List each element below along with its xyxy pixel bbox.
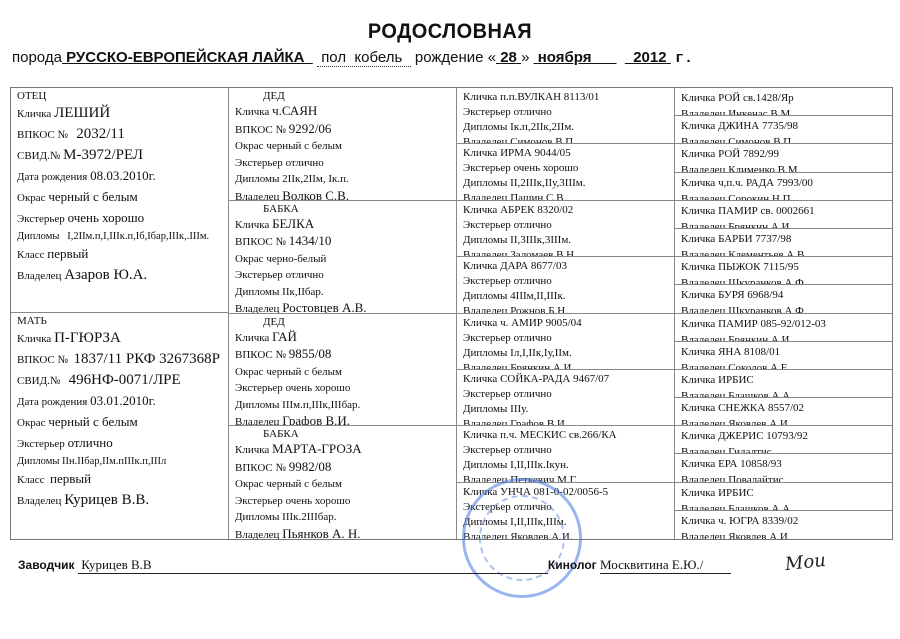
parents-column: ОТЕЦ Кличка ЛЕШИЙ ВПКОС № 2032/11 СВИД.№…: [11, 88, 229, 539]
field-label: Экстерьер: [463, 501, 511, 513]
field-label: Владелец: [681, 193, 725, 201]
field-label: Владелец: [235, 303, 279, 313]
great-great-grandparent-cell: Кличка РОЙ св.1428/ЯрВладелец Инкенас В.…: [675, 88, 893, 116]
field-line: Владелец Брянкин А.И.: [463, 361, 668, 370]
field-line: Дипломы Iк.п,2IIк,2IIм.: [463, 120, 668, 135]
field-label: Кличка: [463, 429, 497, 441]
owner: Симонов В.П.: [728, 136, 794, 144]
pedigree-header-line: порода РУССКО-ЕВРОПЕЙСКАЯ ЛАЙКА пол кобе…: [12, 49, 892, 67]
field-line: Владелец Заломаев В.Н.: [463, 248, 668, 257]
field-line: Экстерьер очень хорошо: [463, 161, 668, 176]
field-line: Дипломы 4IIIм,II,IIIк.: [463, 289, 668, 304]
great-great-grandparent-cell: Кличка ДЖЕРИС 10793/92Владелец Гидалтис: [675, 426, 893, 454]
quote-open: «: [488, 49, 496, 66]
great-grandparent-cell: Кличка УНЧА 081-0-02/0056-5Экстерьер отл…: [457, 483, 674, 539]
field-label: Окрас: [235, 366, 264, 378]
class-value: первый: [50, 471, 91, 486]
field-label: Владелец: [681, 277, 725, 285]
field-line: Владелец Симонов В.П.: [681, 134, 887, 144]
field-label: Кличка: [463, 147, 497, 159]
vpkos-number: 9292/06: [289, 121, 332, 136]
dog-name: РОЙ св.1428/Яр: [718, 92, 794, 104]
field-label: Владелец: [681, 305, 725, 313]
role-label: МАТЬ: [17, 315, 222, 328]
coat-color: черный с белым: [266, 366, 342, 378]
field-line: ВПКОС № 9855/08: [235, 346, 450, 364]
class-value: первый: [47, 246, 88, 261]
exterior-grade: отлично: [286, 157, 324, 169]
field-label: Экстерьер: [463, 388, 511, 400]
field-line: Владелец Инкенас В.М.: [681, 106, 887, 116]
owner: Симонов В.П.: [510, 136, 576, 144]
field-label: Кличка: [463, 317, 497, 329]
dog-name: ПАМИР св. 0002661: [718, 205, 815, 217]
owner: Волков С.В.: [282, 188, 349, 201]
exterior-grade: отлично: [514, 219, 552, 231]
field-line: Экстерьер отлично: [235, 155, 450, 172]
field-label: Дипломы: [235, 511, 279, 523]
breeder-field: Курицев В.В: [78, 557, 548, 574]
field-label: Дипломы: [463, 459, 507, 471]
exterior-grade: очень хорошо: [286, 382, 351, 394]
field-label: Кличка: [681, 289, 715, 301]
field-label: Экстерьер: [235, 269, 283, 281]
diplomas: IIн.IIбар,IIм.пIIIк.п,IIIл: [62, 456, 166, 467]
grandparent-cell: БАБКАКличка БЕЛКАВПКОС № 1434/10Окрас че…: [229, 201, 456, 314]
field-line: Владелец Шкуранков А.Ф.: [681, 303, 887, 313]
field-line: Кличка БУРЯ 6968/94: [681, 287, 887, 303]
great-great-grandparent-cell: Кличка ПАМИР 085-92/012-03Владелец Брянк…: [675, 314, 893, 342]
diplomas: II,2IIIк,IIу,3IIIм.: [510, 177, 585, 189]
cynologist-name: Москвитина Е.Ю./: [600, 557, 703, 572]
role-label: ОТЕЦ: [17, 90, 222, 103]
owner: Заломаев В.Н.: [510, 249, 577, 257]
role-label: БАБКА: [235, 203, 450, 216]
field-line: Кличка УНЧА 081-0-02/0056-5: [463, 485, 668, 500]
diplomas: Iл,I,IIк,Iу,IIм.: [510, 347, 572, 359]
field-line: Кличка АБРЕК 8320/02: [463, 203, 668, 218]
field-label: Владелец: [681, 221, 725, 229]
vpkos-number: 2032/11: [76, 126, 125, 142]
pedigree-table: ОТЕЦ Кличка ЛЕШИЙ ВПКОС № 2032/11 СВИД.№…: [10, 87, 893, 540]
vpkos-number: 1434/10: [289, 233, 332, 248]
dog-name: ч.САЯН: [272, 103, 317, 118]
diplomas: IIIм.п,IIIк,IIIбар.: [282, 399, 360, 411]
field-line: Кличка ИРБИС: [681, 372, 887, 388]
field-label: Владелец: [681, 446, 725, 454]
field-line: Кличка ч,п.ч. РАДА 7993/00: [681, 175, 887, 191]
coat-color: черный с белым: [48, 189, 137, 204]
owner: Клименко В.М.: [728, 164, 800, 172]
field-line: Владелец Симонов В.П.: [463, 135, 668, 144]
field-line: Дипломы IIIк.2IIIбар.: [235, 509, 450, 526]
great-great-grandparent-cell: Кличка ЯНА 8108/01Владелец Соколов А.Е.: [675, 342, 893, 370]
field-label: Экстерьер: [463, 444, 511, 456]
great-great-grandparent-cell: Кличка БУРЯ 6968/94Владелец Шкуранков А.…: [675, 285, 893, 313]
great-great-grandparent-cell: Кличка ИРБИСВладелец Блашков А.А.: [675, 370, 893, 398]
field-line: Экстерьер отлично: [463, 443, 668, 458]
dog-name: ДЖЕРИС 10793/92: [718, 430, 808, 442]
dog-name: БАРБИ 7737/98: [718, 233, 791, 245]
great-grandparent-cell: Кличка п.п.ВУЛКАН 8113/01Экстерьер отлич…: [457, 88, 674, 144]
owner: Шкуранков А.Ф.: [728, 277, 806, 285]
field-line: Кличка ПАМИР св. 0002661: [681, 203, 887, 219]
field-line: Владелец Графов В.И.: [463, 417, 668, 426]
birth-date: 03.01.2010г.: [90, 393, 156, 408]
exterior-grade: очень хорошо: [286, 495, 351, 507]
dog-name: п.ч. МЕСКИС св.266/КА: [500, 429, 617, 441]
svid-number: М-3972/РЕЛ: [63, 147, 143, 163]
exterior-grade: отлично: [514, 332, 552, 344]
field-label: Кличка: [463, 260, 497, 272]
parent-cell-dam: МАТЬ Кличка П-ГЮРЗА ВПКОС № 1837/11 РКФ …: [11, 313, 228, 539]
great-grandparent-cell: Кличка ДАРА 8677/03Экстерьер отличноДипл…: [457, 257, 674, 313]
field-label: Кличка: [463, 486, 497, 498]
diplomas: 2IIк,2IIм, Iк.п.: [282, 173, 349, 185]
exterior-grade: отлично: [514, 388, 552, 400]
dog-name: ЯНА 8108/01: [718, 346, 780, 358]
field-label: Владелец: [681, 474, 725, 482]
field-label: Экстерьер: [463, 162, 511, 174]
field-line: Экстерьер очень хорошо: [235, 380, 450, 397]
diplomas: II,3IIIк,3IIIм.: [510, 234, 571, 246]
field-line: Кличка МАРТА-ГРОЗА: [235, 441, 450, 459]
exterior-grade: отлично: [514, 275, 552, 287]
field-label: Окрас: [235, 140, 264, 152]
field-line: Окрас черный с белым: [235, 476, 450, 493]
coat-color: черный с белым: [266, 478, 342, 490]
field-line: Кличка СОЙКА-РАДА 9467/07: [463, 372, 668, 387]
exterior-grade: отлично: [68, 435, 113, 450]
field-label: Владелец: [235, 191, 279, 201]
field-label: Владелец: [463, 249, 507, 257]
field-line: Владелец Рожнов Б.Н.: [463, 304, 668, 313]
field-line: Кличка РОЙ св.1428/Яр: [681, 90, 887, 106]
field-line: Окрас черный с белым: [235, 364, 450, 381]
diplomas: IIIк.2IIIбар.: [282, 511, 336, 523]
field-line: Владелец Брянкин А.И.: [681, 332, 887, 342]
owner: Гидалтис: [728, 446, 771, 454]
field-label: Владелец: [681, 108, 725, 116]
field-line: Кличка ИРБИС: [681, 485, 887, 501]
field-line: Экстерьер очень хорошо: [235, 493, 450, 510]
field-line: Кличка п.п.ВУЛКАН 8113/01: [463, 90, 668, 105]
field-line: Окрас черно-белый: [235, 251, 450, 268]
owner: Курицев В.В.: [64, 492, 149, 508]
field-line: Владелец Клементьев А.В.: [681, 247, 887, 257]
owner: Повалайтис: [728, 474, 783, 482]
field-label: ВПКОС №: [235, 462, 286, 474]
diplomas: I,II,IIIк.Iкун.: [510, 459, 569, 471]
field-label: Экстерьер: [463, 332, 511, 344]
dog-name: ч. ЮГРА 8339/02: [718, 515, 798, 527]
owner: Азаров Ю.А.: [64, 267, 147, 283]
exterior-grade: отлично: [514, 106, 552, 118]
dog-name: ПЫЖОК 7115/95: [718, 261, 799, 273]
owner: Клементьев А.В.: [728, 249, 807, 257]
birth-month: ноября: [534, 49, 617, 66]
field-label: Владелец: [681, 531, 725, 539]
field-line: ВПКОС № 9982/08: [235, 459, 450, 477]
dog-name: БЕЛКА: [272, 216, 314, 231]
owner: Графов В.И.: [282, 413, 350, 426]
field-line: Владелец Ростовцев А.В.: [235, 300, 450, 313]
field-label: Дипломы: [463, 347, 507, 359]
field-label: Окрас: [235, 478, 264, 490]
field-label: Дипломы: [463, 290, 507, 302]
dog-name: УНЧА 081-0-02/0056-5: [500, 486, 608, 498]
great-grandparent-cell: Кличка АБРЕК 8320/02Экстерьер отличноДип…: [457, 201, 674, 257]
owner: Пьянков А. Н.: [282, 526, 360, 539]
field-label: Владелец: [681, 249, 725, 257]
sex-field: пол кобель: [317, 49, 411, 67]
field-label: ВПКОС №: [235, 349, 286, 361]
dog-name: СОЙКА-РАДА 9467/07: [500, 373, 609, 385]
field-label: Экстерьер: [463, 106, 511, 118]
exterior-grade: очень хорошо: [68, 210, 145, 225]
field-line: Дипломы IIIм.п,IIIк,IIIбар.: [235, 397, 450, 414]
field-label: Экстерьер: [463, 219, 511, 231]
owner: Шкуранков А.Ф.: [728, 305, 806, 313]
great-great-grandparent-cell: Кличка БАРБИ 7737/98Владелец Клементьев …: [675, 229, 893, 257]
field-line: Дипломы IIIу.: [463, 402, 668, 417]
field-line: Дипломы I,II,IIIк.Iкун.: [463, 458, 668, 473]
owner: Сорокин Н.П.: [728, 193, 793, 201]
diplomas: IIIу.: [510, 403, 528, 415]
diplomas: I,2IIм.п,I,IIIк.п,Iб,Iбар,IIIк,.IIIм.: [67, 231, 209, 242]
owner: Яковлев А.И.: [510, 531, 572, 539]
field-line: ВПКОС № 9292/06: [235, 121, 450, 139]
field-line: ВПКОС № 1434/10: [235, 233, 450, 251]
field-line: Кличка ЯНА 8108/01: [681, 344, 887, 360]
great-grandparent-cell: Кличка п.ч. МЕСКИС св.266/КАЭкстерьер от…: [457, 426, 674, 482]
owner: Соколов А.Е.: [728, 362, 790, 370]
field-line: Кличка ЕРА 10858/93: [681, 456, 887, 472]
field-line: Кличка ПЫЖОК 7115/95: [681, 259, 887, 275]
field-label: Владелец: [463, 136, 507, 144]
field-label: Кличка: [463, 91, 497, 103]
field-label: Владелец: [681, 390, 725, 398]
dog-name: ЕРА 10858/93: [718, 458, 782, 470]
field-label: Кличка: [681, 402, 715, 414]
vpkos-number: 9855/08: [289, 346, 332, 361]
field-label: Кличка: [463, 204, 497, 216]
great-great-grandparent-cell: Кличка ЕРА 10858/93Владелец Повалайтис: [675, 454, 893, 482]
dog-name: ЛЕШИЙ: [54, 105, 110, 121]
field-label: Владелец: [463, 192, 507, 200]
field-line: Кличка ч. ЮГРА 8339/02: [681, 513, 887, 529]
field-line: Дипломы 2IIк,2IIм, Iк.п.: [235, 171, 450, 188]
role-label: ДЕД: [235, 90, 450, 103]
field-line: Владелец Пьянков А. Н.: [235, 526, 450, 539]
field-label: Экстерьер: [235, 382, 283, 394]
great-grandparent-cell: Кличка СОЙКА-РАДА 9467/07Экстерьер отлич…: [457, 370, 674, 426]
dog-name: ИРБИС: [718, 487, 754, 499]
field-line: Дипломы IIк,IIбар.: [235, 284, 450, 301]
field-line: Дипломы Iл,I,IIк,Iу,IIм.: [463, 346, 668, 361]
field-line: Владелец Клименко В.М.: [681, 162, 887, 172]
field-line: Владелец Блашков А.А.: [681, 388, 887, 398]
field-label: ВПКОС №: [235, 236, 286, 248]
owner: Блашков А.А.: [728, 503, 793, 511]
field-line: Владелец Яковлев А.И.: [463, 530, 668, 539]
field-line: Окрас черный с белым: [235, 138, 450, 155]
field-label: Владелец: [463, 418, 507, 426]
owner: Брянкин А.И.: [728, 334, 792, 342]
field-label: ВПКОС №: [235, 124, 286, 136]
field-label: Дипломы: [463, 177, 507, 189]
field-label: Дипломы: [235, 173, 279, 185]
field-label: Владелец: [463, 305, 507, 313]
great-great-grandparent-cell: Кличка ПЫЖОК 7115/95Владелец Шкуранков А…: [675, 257, 893, 285]
sex-label: пол: [321, 49, 346, 66]
birth-year: 2012: [625, 49, 671, 66]
field-line: Владелец Сорокин Н.П.: [681, 191, 887, 201]
field-line: Экстерьер отлично: [235, 267, 450, 284]
field-line: Владелец Петкевич М.Г.: [463, 473, 668, 482]
dog-name: ПАМИР 085-92/012-03: [718, 318, 826, 330]
field-label: Экстерьер: [235, 157, 283, 169]
field-line: Кличка ДАРА 8677/03: [463, 259, 668, 274]
field-line: Кличка ч. АМИР 9005/04: [463, 316, 668, 331]
field-label: Кличка: [681, 346, 715, 358]
dog-name: РОЙ 7892/99: [718, 148, 779, 160]
great-great-grandparent-cell: Кличка ч. ЮГРА 8339/02Владелец Яковлев А…: [675, 511, 893, 539]
field-label: Кличка: [681, 205, 715, 217]
field-label: Экстерьер: [235, 495, 283, 507]
great-grandparents-column: Кличка п.п.ВУЛКАН 8113/01Экстерьер отлич…: [457, 88, 675, 539]
dog-name: БУРЯ 6968/94: [718, 289, 783, 301]
owner: Рожнов Б.Н.: [510, 305, 568, 313]
field-label: Кличка: [681, 318, 715, 330]
field-line: Кличка ДЖЕРИС 10793/92: [681, 428, 887, 444]
breeder-label: Заводчик: [18, 558, 75, 572]
diplomas: 4IIIм,II,IIIк.: [510, 290, 565, 302]
field-line: Кличка ч.САЯН: [235, 103, 450, 121]
dog-name: ГАЙ: [272, 329, 297, 344]
field-line: Владелец Волков С.В.: [235, 188, 450, 201]
field-label: Дипломы: [463, 403, 507, 415]
field-label: Кличка: [235, 219, 269, 231]
field-line: Кличка БАРБИ 7737/98: [681, 231, 887, 247]
diplomas: Iк.п,2IIк,2IIм.: [510, 121, 574, 133]
dog-name: МАРТА-ГРОЗА: [272, 441, 362, 456]
field-label: Кличка: [681, 120, 715, 132]
field-line: Владелец Пашин С.В.: [463, 191, 668, 200]
field-line: Экстерьер отлично: [463, 331, 668, 346]
field-label: Кличка: [235, 444, 269, 456]
field-line: Экстерьер отлично: [463, 105, 668, 120]
cynologist-label: Кинолог: [548, 558, 597, 572]
sex-value: кобель: [354, 49, 402, 66]
parent-cell-sire: ОТЕЦ Кличка ЛЕШИЙ ВПКОС № 2032/11 СВИД.№…: [11, 88, 228, 313]
vpkos-number: 1837/11 РКФ 3267368Р: [74, 351, 221, 367]
field-line: Владелец Яковлев А.И.: [681, 529, 887, 539]
field-label: Владелец: [463, 362, 507, 370]
great-grandparent-cell: Кличка ч. АМИР 9005/04Экстерьер отличноД…: [457, 314, 674, 370]
year-suffix: г.: [675, 50, 693, 67]
coat-color: черный с белым: [266, 140, 342, 152]
owner: Брянкин А.И.: [728, 221, 792, 229]
field-label: Кличка: [681, 515, 715, 527]
field-line: Кличка БЕЛКА: [235, 216, 450, 234]
field-label: Владелец: [463, 531, 507, 539]
field-label: Дипломы: [235, 399, 279, 411]
breed-label: порода: [12, 49, 62, 66]
field-label: Владелец: [681, 503, 725, 511]
field-label: Кличка: [681, 261, 715, 273]
owner: Блашков А.А.: [728, 390, 793, 398]
field-line: Кличка РОЙ 7892/99: [681, 146, 887, 162]
field-line: Владелец Соколов А.Е.: [681, 360, 887, 370]
field-label: Кличка: [681, 374, 715, 386]
field-line: Экстерьер отлично: [463, 387, 668, 402]
field-line: Кличка ПАМИР 085-92/012-03: [681, 316, 887, 332]
owner: Яковлев А.И.: [728, 531, 790, 539]
great-great-grandparent-cell: Кличка РОЙ 7892/99Владелец Клименко В.М.: [675, 144, 893, 172]
owner: Брянкин А.И.: [510, 362, 574, 370]
field-line: Кличка п.ч. МЕСКИС св.266/КА: [463, 428, 668, 443]
owner: Яковлев А.И.: [728, 418, 790, 426]
owner: Ростовцев А.В.: [282, 300, 366, 313]
field-line: Дипломы II,3IIIк,3IIIм.: [463, 233, 668, 248]
field-label: Кличка: [681, 148, 715, 160]
field-line: Экстерьер отлично: [463, 500, 668, 515]
field-line: Владелец Графов В.И.: [235, 413, 450, 426]
field-label: Владелец: [681, 164, 725, 172]
field-label: Кличка: [681, 458, 715, 470]
field-label: Кличка: [235, 106, 269, 118]
field-label: Дипломы: [463, 121, 507, 133]
dog-name: СНЕЖКА 8557/02: [718, 402, 804, 414]
exterior-grade: отлично: [286, 269, 324, 281]
field-label: Дипломы: [235, 286, 279, 298]
field-line: Кличка ГАЙ: [235, 329, 450, 347]
great-great-grandparent-cell: Кличка ИРБИСВладелец Блашков А.А.: [675, 483, 893, 511]
field-label: Дипломы: [463, 516, 507, 528]
diplomas: I,II,IIIк,IIIм.: [510, 516, 566, 528]
field-label: Владелец: [681, 334, 725, 342]
grandparent-cell: ДЕДКличка ч.САЯНВПКОС № 9292/06Окрас чер…: [229, 88, 456, 201]
field-label: Владелец: [681, 418, 725, 426]
grandparents-column: ДЕДКличка ч.САЯНВПКОС № 9292/06Окрас чер…: [229, 88, 457, 539]
field-label: Кличка: [681, 233, 715, 245]
svid-number: 496НФ-0071/ЛРЕ: [69, 372, 181, 388]
role-label: БАБКА: [235, 428, 450, 441]
dog-name: ДАРА 8677/03: [500, 260, 567, 272]
exterior-grade: отлично: [514, 444, 552, 456]
field-label: Владелец: [681, 362, 725, 370]
great-great-grandparent-cell: Кличка СНЕЖКА 8557/02Владелец Яковлев А.…: [675, 398, 893, 426]
field-label: Кличка: [681, 430, 715, 442]
field-line: Владелец Повалайтис: [681, 472, 887, 482]
great-great-grandparent-cell: Кличка ПАМИР св. 0002661Владелец Брянкин…: [675, 201, 893, 229]
coat-color: черный с белым: [48, 414, 137, 429]
vpkos-number: 9982/08: [289, 459, 332, 474]
dog-name: П-ГЮРЗА: [54, 330, 121, 346]
field-line: Владелец Блашков А.А.: [681, 501, 887, 511]
field-label: Кличка: [681, 487, 715, 499]
field-label: Владелец: [463, 474, 507, 482]
birth-day: 28: [496, 49, 521, 66]
dog-name: АБРЕК 8320/02: [500, 204, 573, 216]
dog-name: п.п.ВУЛКАН 8113/01: [500, 91, 599, 103]
cynologist-field: Москвитина Е.Ю./: [600, 557, 731, 574]
field-label: Окрас: [235, 253, 264, 265]
field-label: Владелец: [681, 136, 725, 144]
field-line: Владелец Гидалтис: [681, 444, 887, 454]
field-line: Дипломы I,II,IIIк,IIIм.: [463, 515, 668, 530]
